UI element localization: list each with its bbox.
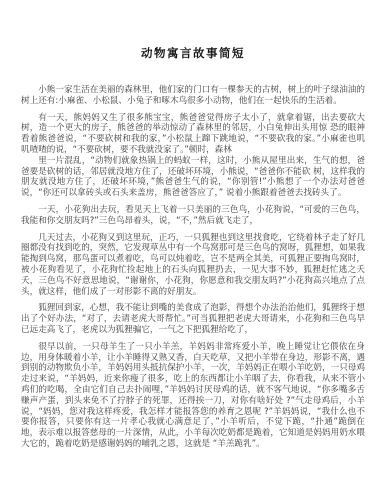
- paragraph-dog-meets-bird: 一天，小花狗出去玩，看见天上飞着一只美丽的三色鸟，小花狗说，“可爱的三色鸟，我能…: [21, 205, 365, 227]
- paragraph-intro: 小熊一家生活在美丽的森林里，他们家的门口有一棵参天的古树，树上的叶子绿油油的树上…: [21, 85, 365, 107]
- paragraph-lamb-kneels: 很早以前，一只母羊生了一只小羊羔，羊妈妈非常疼爱小羊，晚上睡觉让它偎依在身边，用…: [21, 342, 365, 450]
- paragraph-dog-saves-bird: 几天过去，小花狗又到这里玩，正巧，一只狐狸也到这里找食吃，它绕着林子走了好几圈都…: [21, 233, 365, 298]
- paragraph-bear-family: 有一天，熊妈妈又生了很多熊宝宝，熊爸爸觉得房子太小了，就拿着锯，出去要砍大树，造…: [21, 113, 365, 156]
- document-body: 小熊一家生活在美丽的森林里，他们家的门口有一棵参天的古树，树上的叶子绿油油的树上…: [21, 85, 365, 450]
- paragraph-bear-family-continued: 里一片混乱，“动物们就象热锅上的蚂蚁一样，这时，小熊从屋里出来，生气的想，爸爸要…: [21, 156, 365, 199]
- paragraph-fox-and-tiger: 狐狸回到家，心想，我不能让到嘴的美食成了泡影，得想个办法治治他们，狐狸终于想出了…: [21, 303, 365, 335]
- document-page: 动物寓言故事简短 小熊一家生活在美丽的森林里，他们家的门口有一棵参天的古树，树上…: [0, 0, 386, 500]
- page-title: 动物寓言故事简短: [21, 45, 365, 61]
